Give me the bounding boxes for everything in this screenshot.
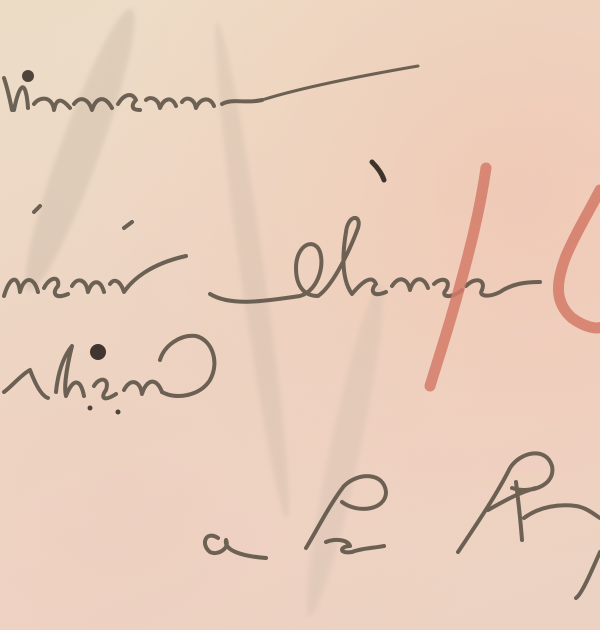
handwriting-line-a-la-hague [205, 453, 600, 598]
red-crayon-mark [430, 168, 600, 386]
handwriting-line-monsieur [4, 66, 418, 110]
handwriting [0, 0, 600, 630]
ink-mark [372, 162, 384, 180]
letter-photo [0, 0, 600, 630]
handwriting-line-chand [4, 336, 214, 415]
